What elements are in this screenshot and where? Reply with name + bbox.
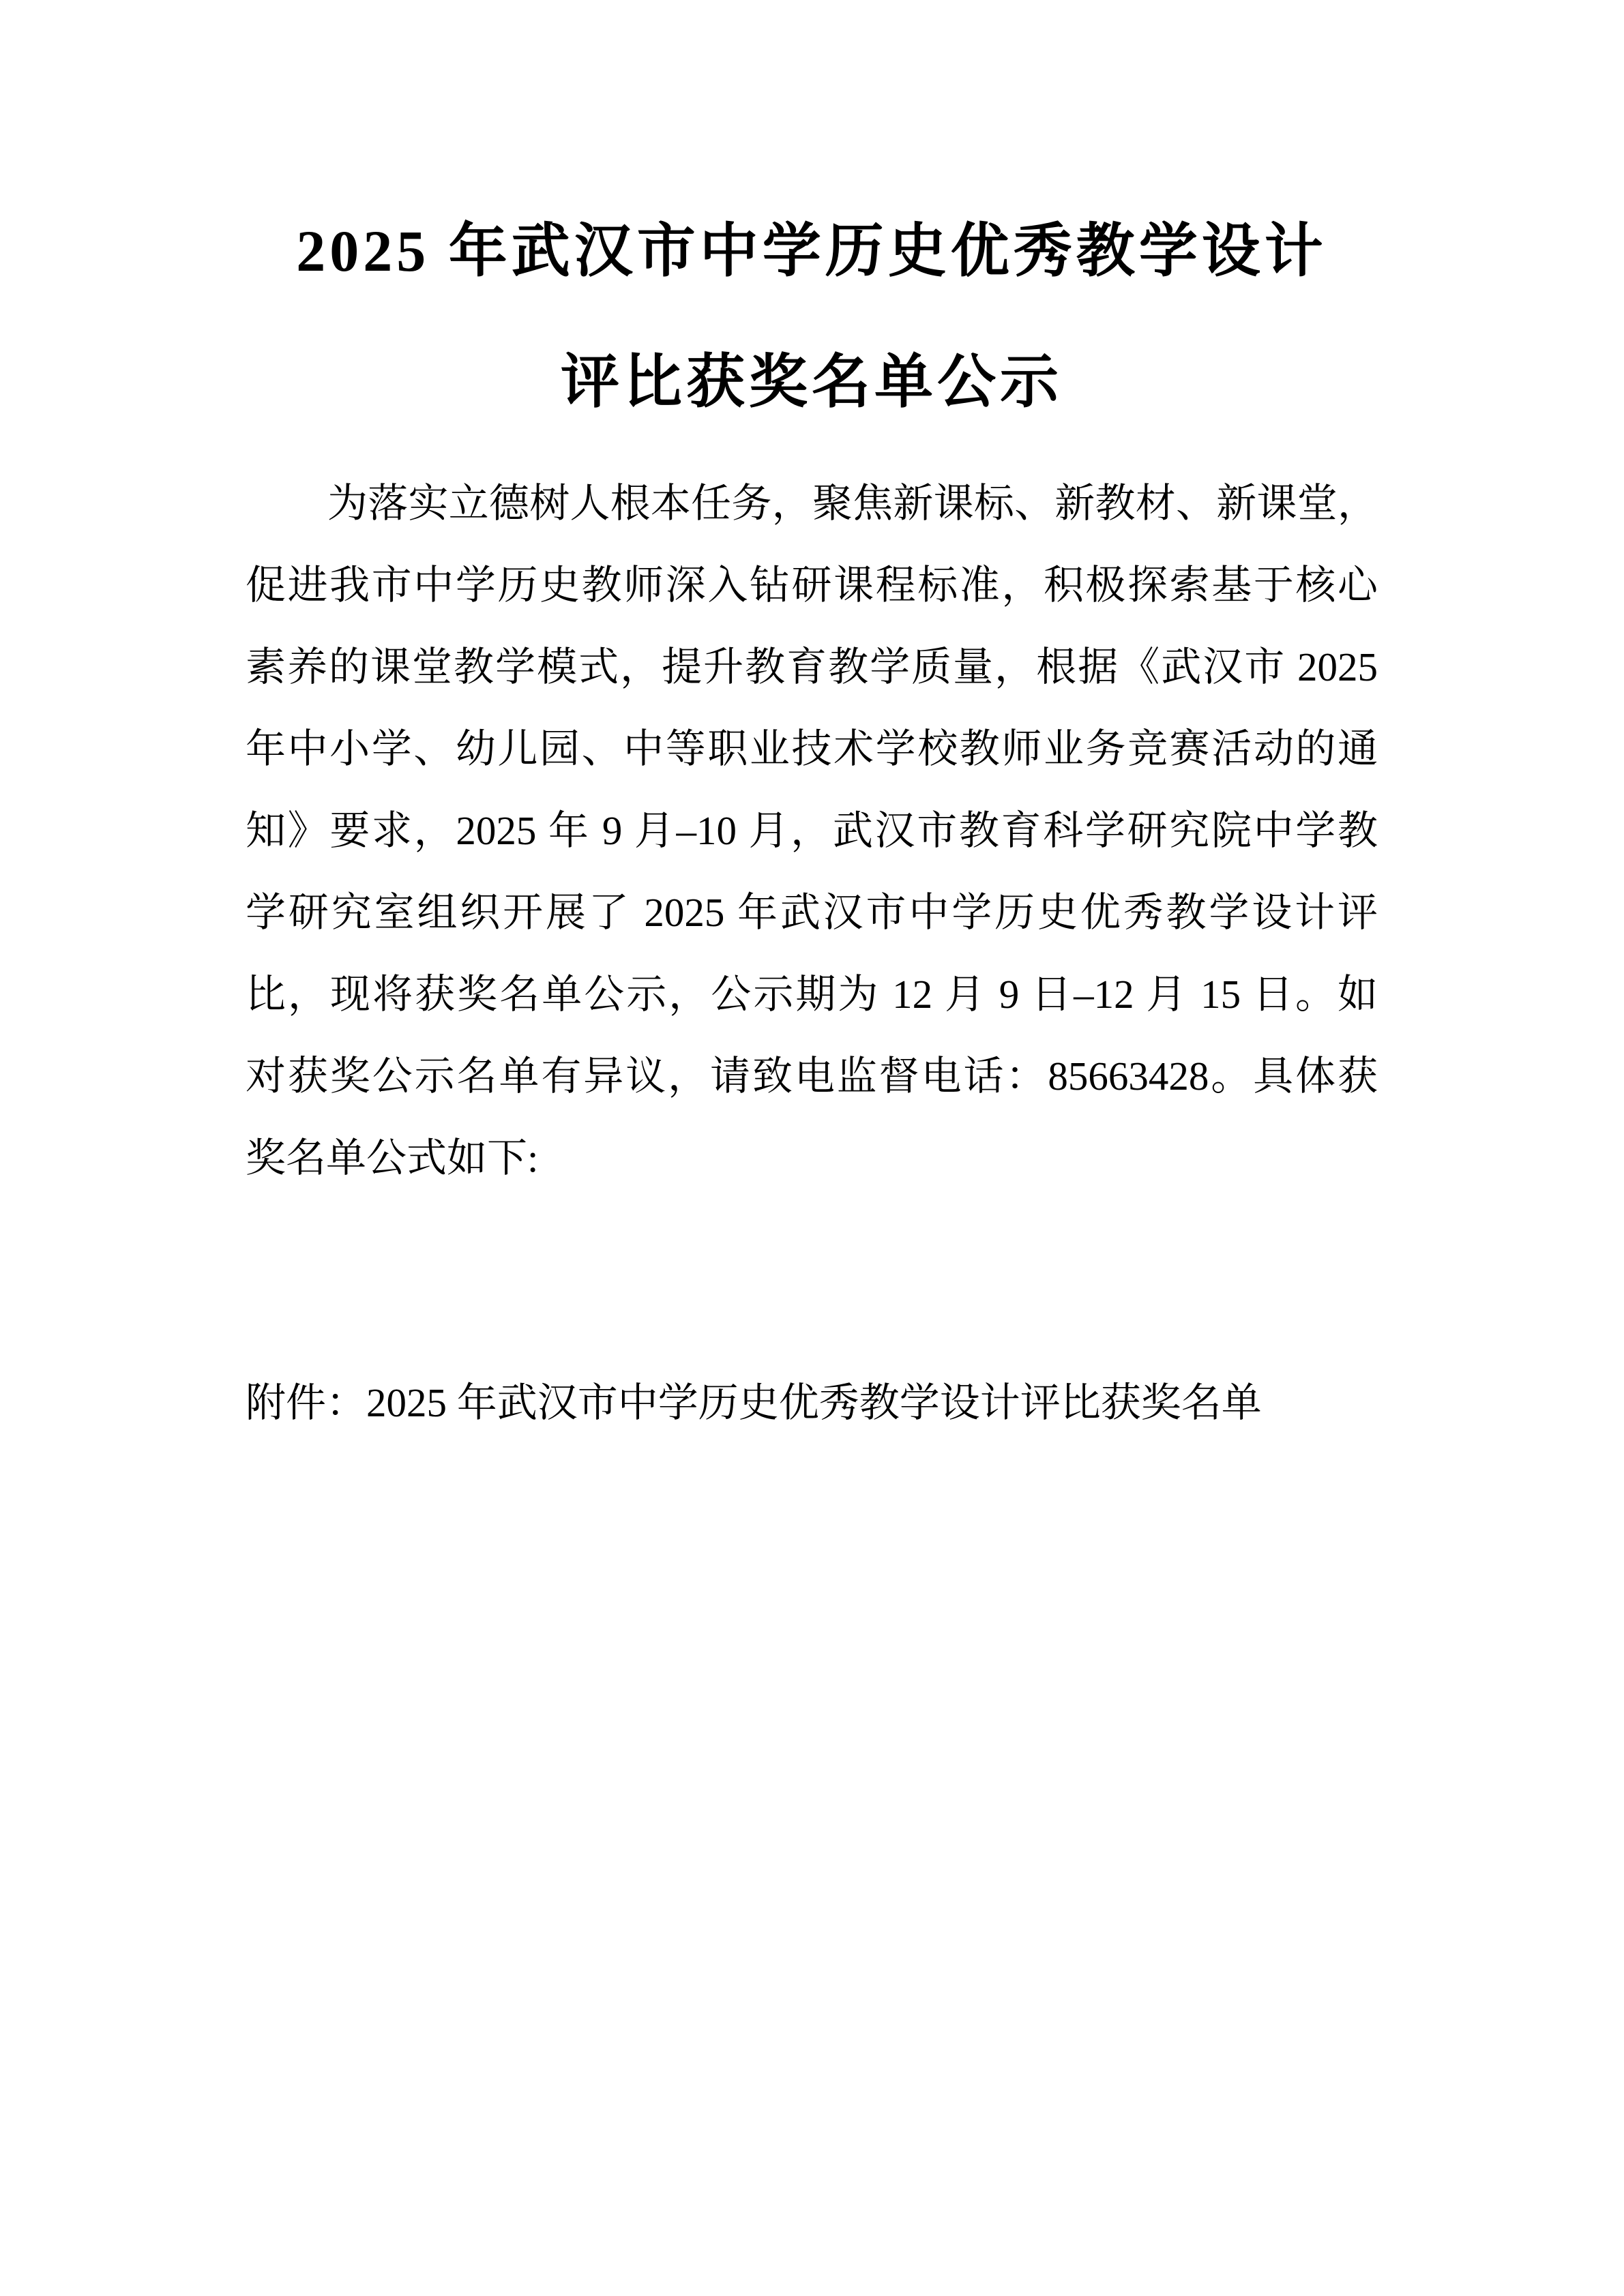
title-line-2: 评比获奖名单公示: [246, 316, 1378, 447]
paragraph-line-5: 知》要求，2025 年 9 月–10 月，武汉市教育科学研究院中学教: [246, 790, 1378, 871]
body-paragraph: 为落实立德树人根本任务，聚焦新课标、新教材、新课堂， 促进我市中学历史教师深入钻…: [246, 462, 1378, 1199]
paragraph-line-7: 比，现将获奖名单公示，公示期为 12 月 9 日–12 月 15 日。如: [246, 953, 1378, 1035]
paragraph-line-4: 年中小学、幼儿园、中等职业技术学校教师业务竞赛活动的通: [246, 708, 1378, 790]
attachment-line: 附件：2025 年武汉市中学历史优秀教学设计评比获奖名单: [246, 1362, 1378, 1444]
paragraph-line-6: 学研究室组织开展了 2025 年武汉市中学历史优秀教学设计评: [246, 871, 1378, 953]
paragraph-line-1: 为落实立德树人根本任务，聚焦新课标、新教材、新课堂，: [246, 462, 1378, 544]
document-title: 2025 年武汉市中学历史优秀教学设计 评比获奖名单公示: [246, 185, 1378, 447]
paragraph-line-3: 素养的课堂教学模式，提升教育教学质量，根据《武汉市 2025: [246, 626, 1378, 708]
paragraph-line-9: 奖名单公式如下:: [246, 1117, 1378, 1199]
paragraph-line-8: 对获奖公示名单有异议，请致电监督电话：85663428。具体获: [246, 1035, 1378, 1117]
title-line-1: 2025 年武汉市中学历史优秀教学设计: [246, 185, 1378, 316]
document-page: 2025 年武汉市中学历史优秀教学设计 评比获奖名单公示 为落实立德树人根本任务…: [0, 0, 1624, 2296]
paragraph-line-2: 促进我市中学历史教师深入钻研课程标准，积极探索基于核心: [246, 544, 1378, 626]
